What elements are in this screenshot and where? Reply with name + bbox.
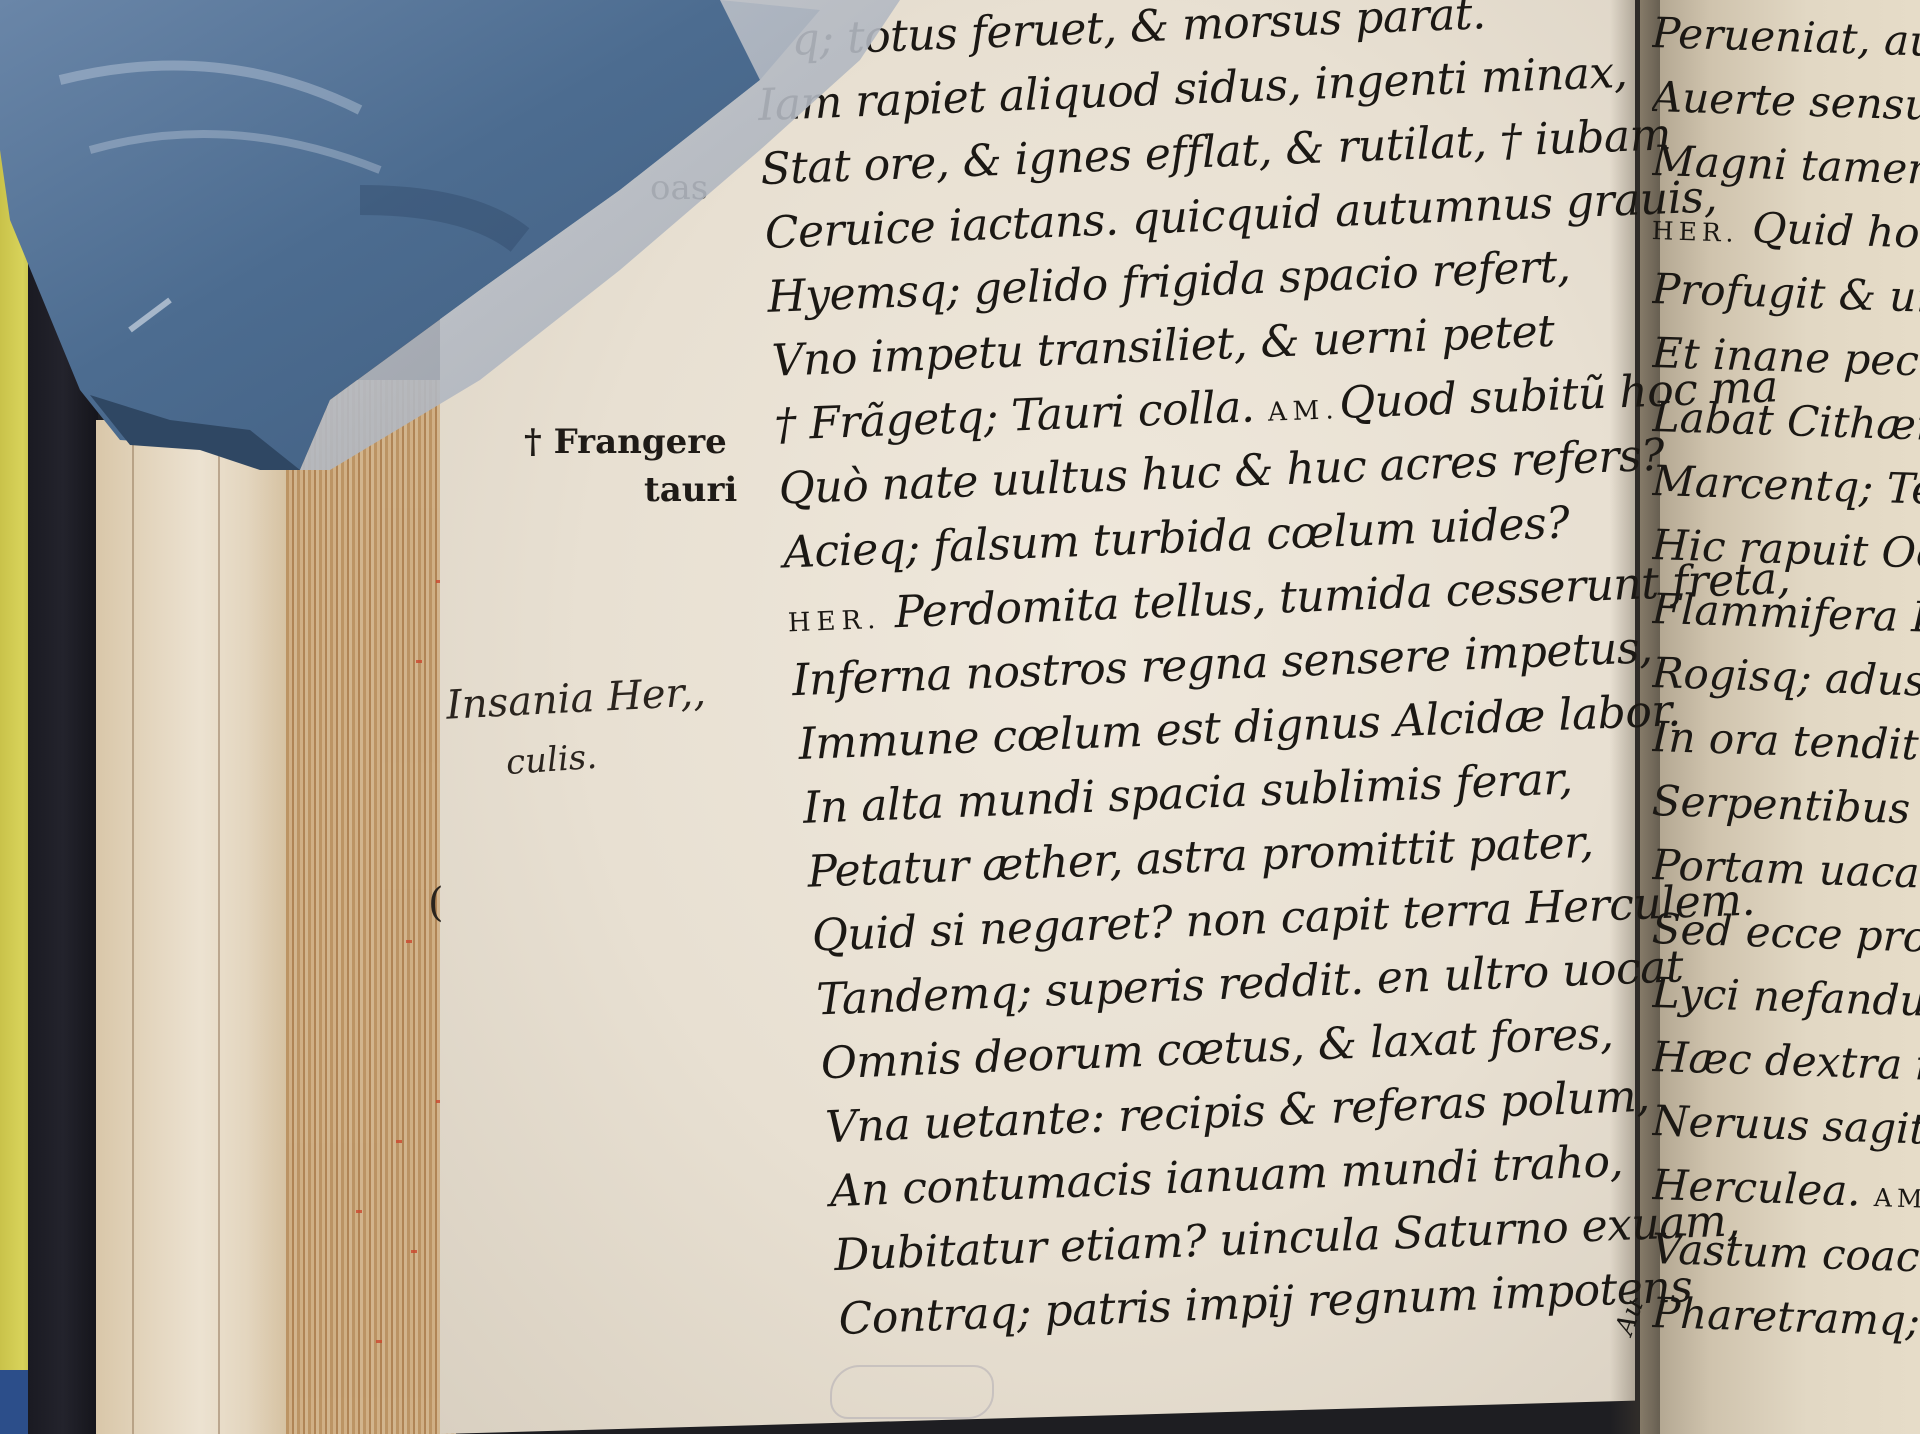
speaker-label: HER. [1652,216,1739,248]
verse-line: Serpentibus ualla [1652,776,1920,837]
verse-line: Hæc dextra iam u [1652,1032,1920,1093]
right-verse: Perueniat, aut n Auerte sensus: p Magni … [1652,0,1920,1434]
verse-line: Sed ecce proles r [1652,904,1920,965]
verse-line: Flammifera Eri [1652,584,1920,643]
verse-line: Rogisq; adustas [1652,648,1920,708]
verse-line: Hic rapuit Oeth [1652,520,1920,579]
verse-line: Auerte sensus: p [1652,72,1920,132]
book-photo: oas † Frangere tauri Insania Her,, culis… [0,0,1920,1434]
verse-line: Portam uacante [1652,840,1920,900]
handwritten-note-2: culis. [505,737,599,783]
verse-line: Magni tamen, c [1652,136,1920,195]
verse-line: Marcentq; Tem [1652,456,1920,515]
verse-line: HER. Quid ho [1652,200,1920,257]
verse-line: Labat Cithæron [1652,392,1920,452]
verse-line: Lyci nefandum f [1652,968,1920,1028]
verse-line: In ora tendit: sæu [1652,712,1920,773]
faint-library-stamp [830,1365,994,1419]
verse-line: Herculea. AM.C [1652,1160,1920,1219]
verse-line: Profugit & um [1652,264,1920,323]
verse-line: Pharetramq; solu [1652,1288,1920,1349]
margin-bracket: ( [428,880,444,926]
verse-line: Vastum coactis fle [1652,1224,1920,1285]
speaker-label: AM. [1267,395,1340,428]
verse-line: Et inane pectus, [1652,328,1920,388]
speaker-label: AM. [1873,1183,1920,1214]
plastic-sheet [0,0,900,620]
verse-line: Neruus sagittas, t [1652,1096,1920,1157]
verse-line: Perueniat, aut n [1652,8,1920,68]
